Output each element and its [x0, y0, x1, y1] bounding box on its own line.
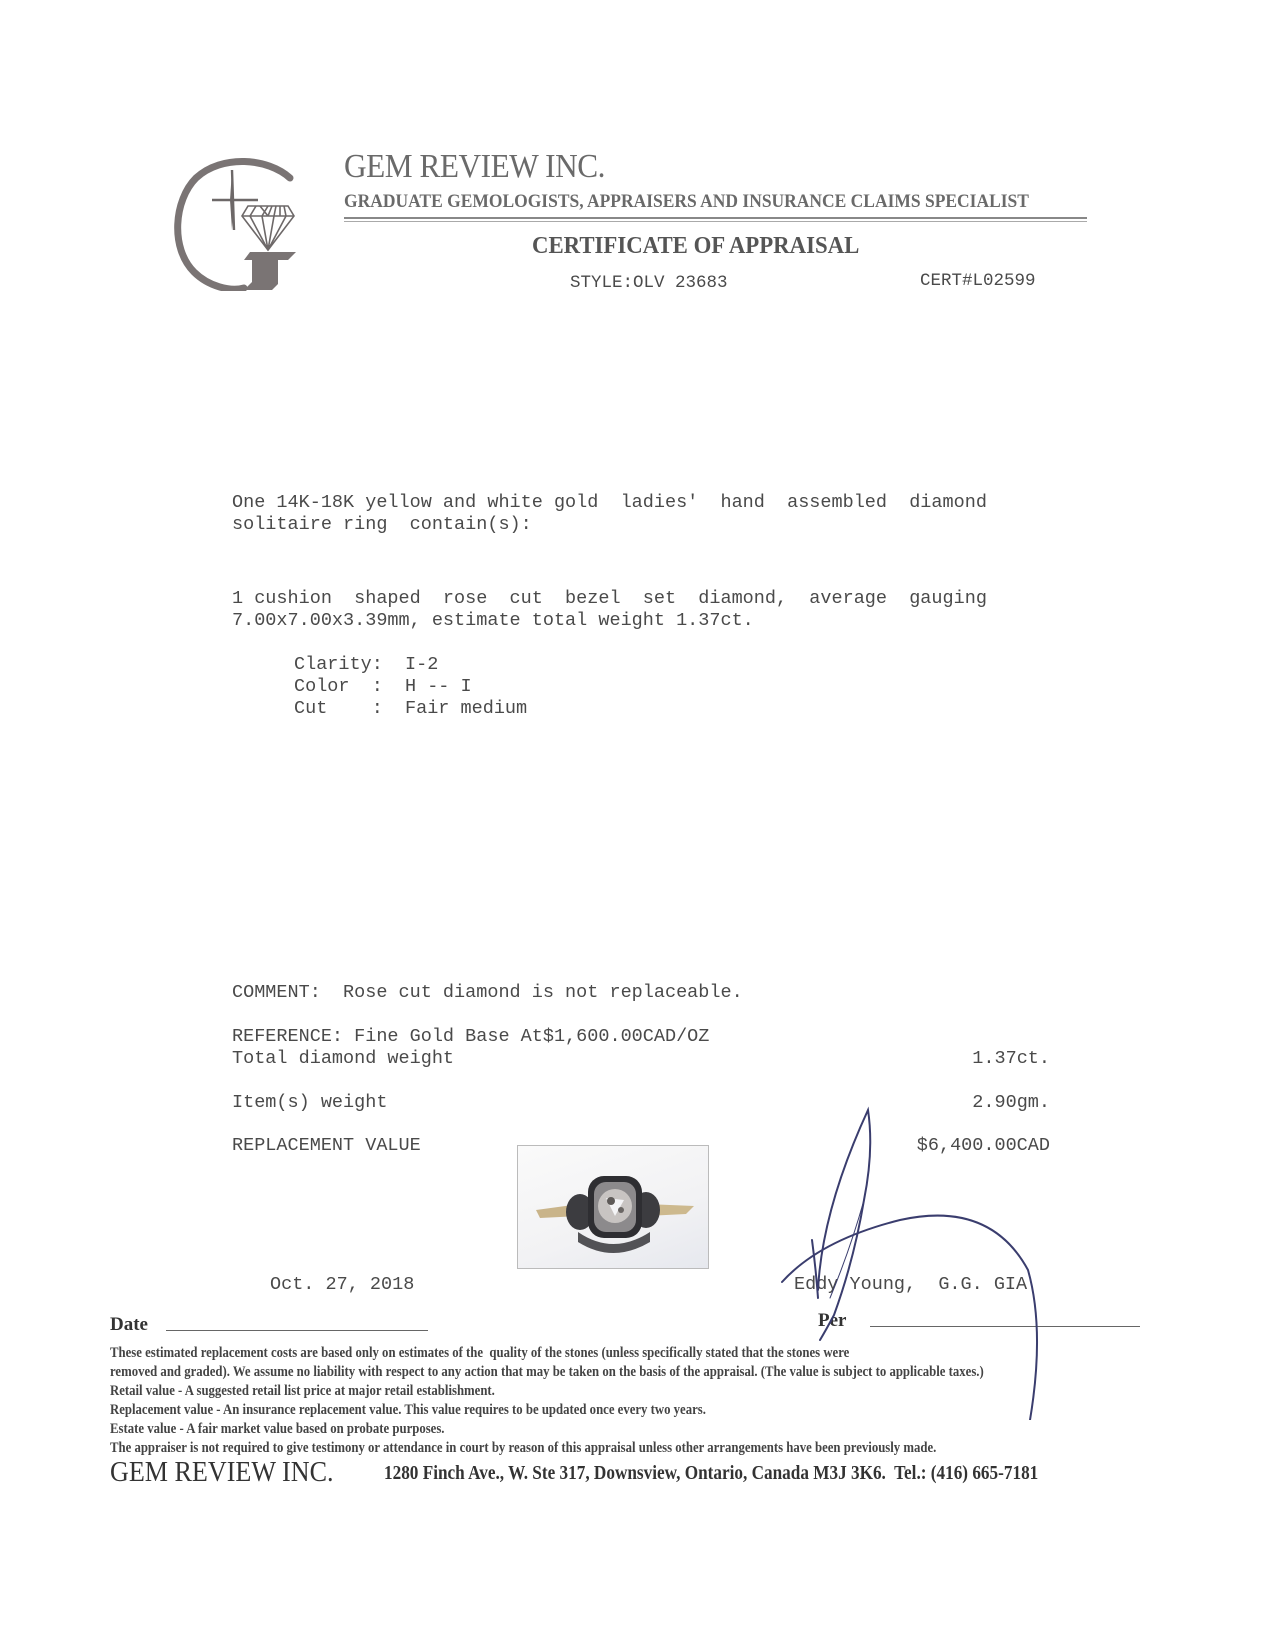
ring-image-icon	[518, 1146, 708, 1268]
header-divider-thin	[344, 221, 1087, 222]
item-description-line-1: One 14K-18K yellow and white gold ladies…	[232, 492, 987, 513]
per-label: Per	[818, 1310, 846, 1332]
replacement-value-definition: Replacement value - An insurance replace…	[110, 1402, 706, 1419]
grade-cut-label: Cut :	[294, 698, 383, 719]
company-logo-icon	[172, 156, 302, 291]
grade-clarity-label: Clarity:	[294, 654, 383, 675]
per-signature-line	[870, 1326, 1140, 1327]
disclaimer-line-1: These estimated replacement costs are ba…	[110, 1345, 849, 1362]
estate-value-definition: Estate value - A fair market value based…	[110, 1421, 444, 1438]
grade-color-value: H -- I	[405, 676, 472, 697]
date-label: Date	[110, 1314, 148, 1336]
disclaimer-line-2: removed and graded). We assume no liabil…	[110, 1364, 984, 1381]
certificate-number: CERT#L02599	[920, 271, 1036, 291]
comment: COMMENT: Rose cut diamond is not replace…	[232, 982, 743, 1003]
grade-clarity-value: I-2	[405, 654, 438, 675]
grade-cut-value: Fair medium	[405, 698, 527, 719]
document-title: CERTIFICATE OF APPRAISAL	[532, 233, 859, 260]
footer-company-name: GEM REVIEW INC.	[110, 1456, 334, 1489]
item-weight-value: 2.90gm.	[972, 1092, 1050, 1113]
reference: REFERENCE: Fine Gold Base At$1,600.00CAD…	[232, 1026, 709, 1047]
grade-color-label: Color :	[294, 676, 383, 697]
footer-address: 1280 Finch Ave., W. Ste 317, Downsview, …	[384, 1462, 1038, 1485]
testimony-disclaimer: The appraiser is not required to give te…	[110, 1440, 936, 1457]
stone-description-line-2: 7.00x7.00x3.39mm, estimate total weight …	[232, 610, 754, 631]
stone-description-line-1: 1 cushion shaped rose cut bezel set diam…	[232, 588, 987, 609]
appraiser-name: Eddy Young, G.G. GIA	[794, 1274, 1027, 1295]
total-diamond-weight-value: 1.37ct.	[972, 1048, 1050, 1069]
header-divider	[344, 217, 1087, 219]
total-diamond-weight-label: Total diamond weight	[232, 1048, 454, 1069]
retail-value-definition: Retail value - A suggested retail list p…	[110, 1383, 495, 1400]
company-tagline: GRADUATE GEMOLOGISTS, APPRAISERS AND INS…	[344, 191, 1029, 213]
date-signature-line	[166, 1330, 428, 1331]
ring-photo	[517, 1145, 709, 1269]
company-name: GEM REVIEW INC.	[344, 148, 605, 186]
replacement-value-label: REPLACEMENT VALUE	[232, 1135, 421, 1156]
replacement-value: $6,400.00CAD	[917, 1135, 1050, 1156]
appraisal-date: Oct. 27, 2018	[270, 1274, 414, 1295]
style-number: STYLE:OLV 23683	[570, 273, 728, 293]
item-weight-label: Item(s) weight	[232, 1092, 387, 1113]
item-description-line-2: solitaire ring contain(s):	[232, 514, 532, 535]
